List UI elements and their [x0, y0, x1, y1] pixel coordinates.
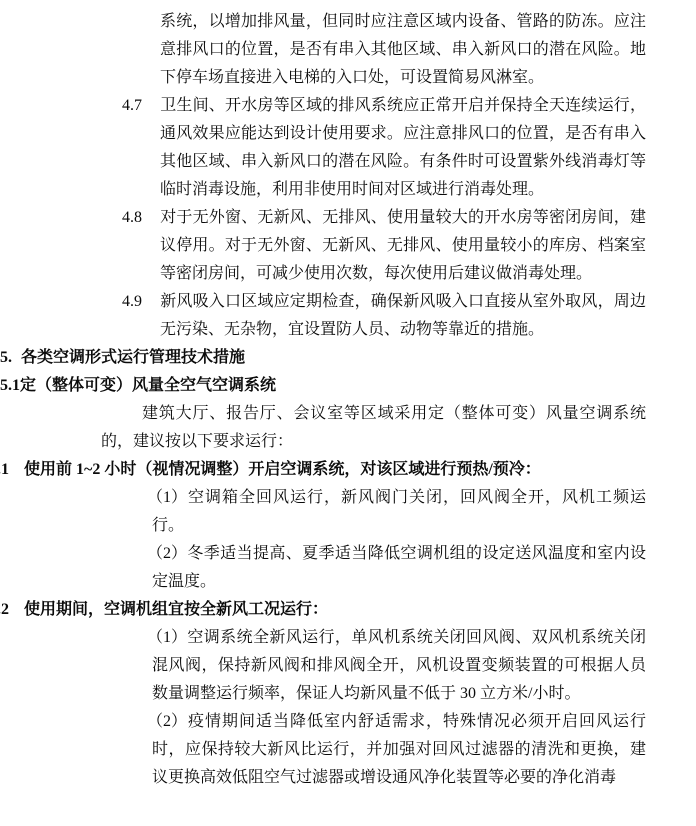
clause-5-1-2-item-2: （2）疫情期间适当降低室内舒适需求，特殊情况必须开启回风运行时，应保持较大新风比… — [152, 708, 646, 792]
subsection-5-1-number: 5.1 — [0, 372, 20, 400]
clause-4-9: 4.9新风吸入口区域应定期检查，确保新风吸入口直接从室外取风，周边无污染、无杂物… — [160, 288, 646, 344]
clause-5-1-1-heading: 5.1.1使用前 1~2 小时（视情况调整）开启空调系统，对该区域进行预热/预冷… — [0, 456, 696, 484]
clause-5-1-1-title: 使用前 1~2 小时（视情况调整）开启空调系统，对该区域进行预热/预冷： — [24, 461, 541, 478]
clause-5-1-2-heading: 5.1.2使用期间，空调机组宜按全新风工况运行： — [0, 596, 696, 624]
clause-5-1-1-item-1: （1）空调箱全回风运行，新风阀门关闭，回风阀全开，风机工频运行。 — [152, 484, 646, 540]
clause-5-1-2-item-2-number: （2） — [147, 708, 187, 736]
clause-5-1-1-item-1-number: （1） — [147, 484, 187, 512]
clause-5-1-2-item-2-text: 疫情期间适当降低室内舒适需求，特殊情况必须开启回风运行时，应保持较大新风比运行，… — [152, 713, 646, 786]
clause-4-9-number: 4.9 — [122, 288, 160, 316]
clause-4-8-text: 对于无外窗、无新风、无排风、使用量较大的开水房等密闭房间，建议停用。对于无外窗、… — [160, 209, 646, 282]
clause-5-1-1-item-1-text: 空调箱全回风运行，新风阀门关闭，回风阀全开，风机工频运行。 — [152, 489, 646, 534]
clause-4-7-text: 卫生间、开水房等区域的排风系统应正常开启并保持全天连续运行，通风效果应能达到设计… — [160, 97, 646, 198]
clause-4-8-number: 4.8 — [122, 204, 160, 232]
clause-4-7-number: 4.7 — [122, 92, 160, 120]
clause-5-1-2-item-1-number: （1） — [147, 624, 187, 652]
section-5-heading: 5.各类空调形式运行管理技术措施 — [0, 344, 696, 372]
subsection-5-1-heading: 5.1定（整体可变）风量全空气空调系统 — [0, 372, 696, 400]
clause-4-8: 4.8对于无外窗、无新风、无排风、使用量较大的开水房等密闭房间，建议停用。对于无… — [160, 204, 646, 288]
clause-5-1-1-item-2: （2）冬季适当提高、夏季适当降低空调机组的设定送风温度和室内设定温度。 — [152, 540, 646, 596]
clause-5-1-2-number: 5.1.2 — [0, 596, 24, 624]
clause-5-1-2-item-1: （1）空调系统全新风运行，单风机系统关闭回风阀、双风机系统关闭混风阀，保持新风阀… — [152, 624, 646, 708]
section-5-title: 各类空调形式运行管理技术措施 — [21, 349, 245, 366]
document-page: 系统，以增加排风量，但同时应注意区域内设备、管路的防冻。应注意排风口的位置，是否… — [0, 0, 696, 826]
clause-4-7: 4.7卫生间、开水房等区域的排风系统应正常开启并保持全天连续运行，通风效果应能达… — [160, 92, 646, 204]
clause-5-1-1-item-2-text: 冬季适当提高、夏季适当降低空调机组的设定送风温度和室内设定温度。 — [152, 545, 646, 590]
subsection-5-1-title: 定（整体可变）风量全空气空调系统 — [20, 377, 276, 394]
subsection-5-1-intro-paragraph: 建筑大厅、报告厅、会议室等区域采用定（整体可变）风量空调系统的，建议按以下要求运… — [101, 400, 646, 456]
clause-4-9-text: 新风吸入口区域应定期检查，确保新风吸入口直接从室外取风，周边无污染、无杂物，宜设… — [160, 293, 646, 338]
clause-5-1-1-item-2-number: （2） — [147, 540, 187, 568]
continuation-paragraph: 系统，以增加排风量，但同时应注意区域内设备、管路的防冻。应注意排风口的位置，是否… — [160, 8, 646, 92]
clause-5-1-2-title: 使用期间，空调机组宜按全新风工况运行： — [24, 601, 328, 618]
section-5-number: 5. — [0, 344, 21, 372]
clause-5-1-2-item-1-text: 空调系统全新风运行，单风机系统关闭回风阀、双风机系统关闭混风阀，保持新风阀和排风… — [152, 629, 646, 702]
clause-5-1-1-number: 5.1.1 — [0, 456, 24, 484]
